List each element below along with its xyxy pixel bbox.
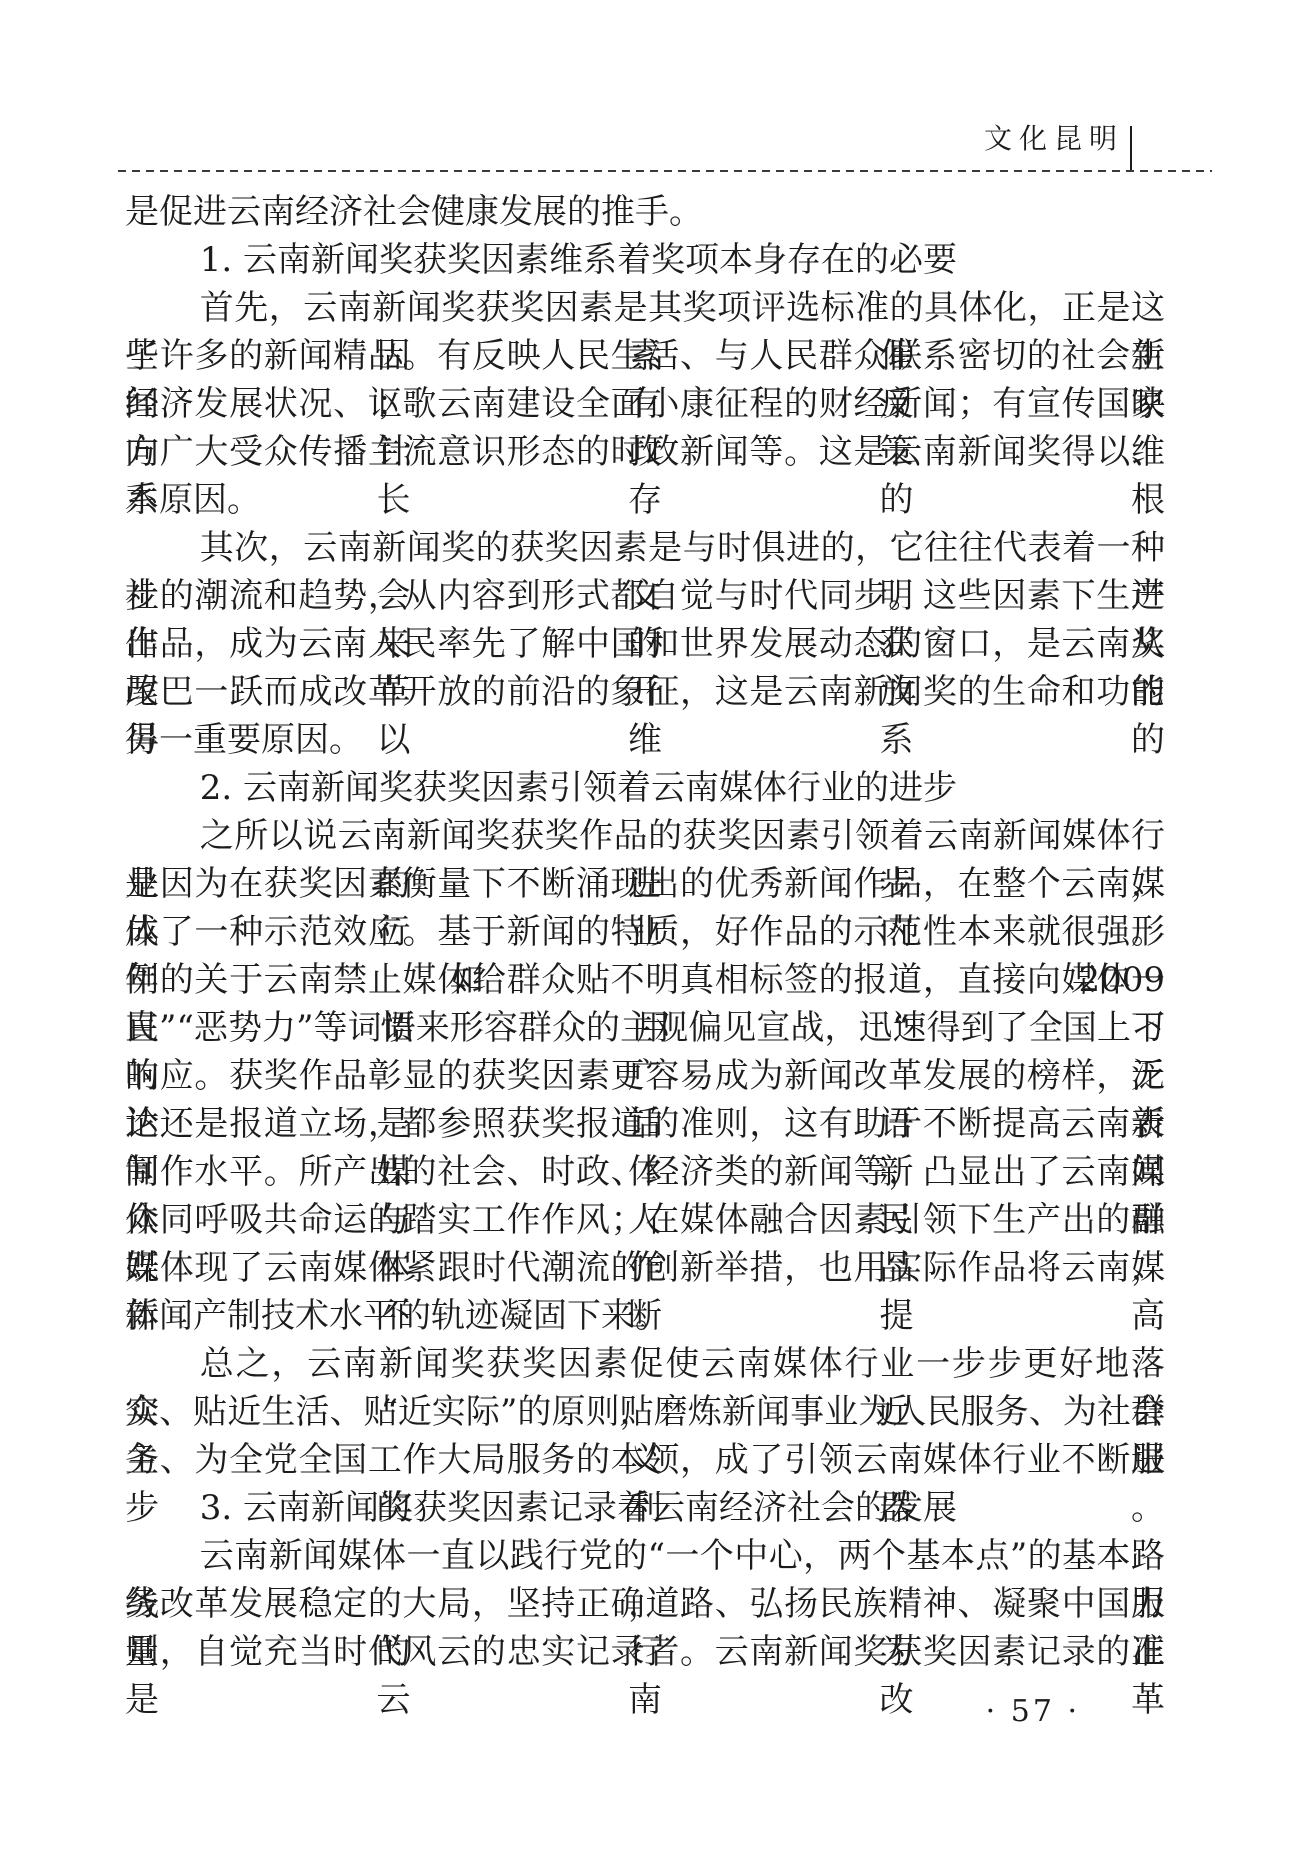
page-number: · 57 · bbox=[986, 1692, 1080, 1732]
text-line: 则，自觉充当时代风云的忠实记录者。云南新闻奖获奖因素记录的正是云南改革 bbox=[125, 1628, 1165, 1676]
text-line: 既体现了云南媒体紧跟时代潮流的创新举措，也用实际作品将云南媒体不断提高 bbox=[125, 1244, 1165, 1292]
text-line: 制作水平。所产出的社会、时政、经济类的新闻等，凸显出了云南媒体与人民群 bbox=[125, 1148, 1165, 1196]
text-line: 达还是报道立场，都参照获奖报道的准则，这有助于不断提高云南新闻媒体新闻 bbox=[125, 1100, 1165, 1148]
text-line: 尾巴一跃而成改革开放的前沿的象征，这是云南新闻奖的生命和功能得以维系的 bbox=[125, 668, 1165, 716]
text-line: 是促进云南经济社会健康发展的推手。 bbox=[125, 188, 1165, 236]
header-dashed-rule bbox=[118, 170, 1212, 172]
section-heading: 2. 云南新闻奖获奖因素引领着云南媒体行业的进步 bbox=[125, 764, 1165, 812]
text-line: 首先，云南新闻奖获奖因素是其奖项评选标准的具体化，正是这些因素催生 bbox=[125, 284, 1165, 332]
text-line: 向广大受众传播主流意识形态的时政新闻等。这是云南新闻奖得以维系长存的根 bbox=[125, 428, 1165, 476]
running-header-title: 文化昆明 bbox=[984, 121, 1124, 157]
text-line: 经济发展状况、讴歌云南建设全面小康征程的财经新闻；有宣传国家方针政策、 bbox=[125, 380, 1165, 428]
text-line: 务改革发展稳定的大局，坚持正确道路、弘扬民族精神、凝聚中国力量的行为准 bbox=[125, 1580, 1165, 1628]
text-line: 众、贴近生活、贴近实际”的原则，磨炼新闻事业为人民服务、为社会主义服 bbox=[125, 1388, 1165, 1436]
text-line: 年的关于云南禁止媒体给群众贴不明真相标签的报道，直接向媒体一直惯用“刁 bbox=[125, 956, 1165, 1004]
text-line: 其次，云南新闻奖的获奖因素是与时俱进的，它往往代表着一种社会文明进 bbox=[125, 524, 1165, 572]
text-line: 是因为在获奖因素衡量下不断涌现出的优秀新闻作品，在整个云南媒体行业内形 bbox=[125, 860, 1165, 908]
header-vertical-divider bbox=[1130, 126, 1132, 172]
body-text-column: 是促进云南经济社会健康发展的推手。1. 云南新闻奖获奖因素维系着奖项本身存在的必… bbox=[125, 188, 1165, 1676]
text-line: 总之，云南新闻奖获奖因素促使云南媒体行业一步步更好地落实“贴近群 bbox=[125, 1340, 1165, 1388]
text-line: 之所以说云南新闻奖获奖作品的获奖因素引领着云南新闻媒体行业的进步， bbox=[125, 812, 1165, 860]
text-line: 云南新闻媒体一直以践行党的“一个中心，两个基本点”的基本路线，服 bbox=[125, 1532, 1165, 1580]
section-heading: 1. 云南新闻奖获奖因素维系着奖项本身存在的必要 bbox=[125, 236, 1165, 284]
text-line: 作品，成为云南人民率先了解中国和世界发展动态的窗口，是云南从改革开放的 bbox=[125, 620, 1165, 668]
text-line: 众同呼吸共命运的踏实工作作风；在媒体融合因素引领下生产出的融媒体作品， bbox=[125, 1196, 1165, 1244]
text-line: 成了一种示范效应。基于新闻的特质，好作品的示范性本来就很强。例如 2009 bbox=[125, 908, 1165, 956]
document-page: 文化昆明 是促进云南经济社会健康发展的推手。1. 云南新闻奖获奖因素维系着奖项本… bbox=[0, 0, 1307, 1859]
text-line: 响应。获奖作品彰显的获奖因素更容易成为新闻改革发展的榜样，无论是话语表 bbox=[125, 1052, 1165, 1100]
text-line: 步的潮流和趋势，从内容到形式都自觉与时代同步。这些因素下生产出来的获奖 bbox=[125, 572, 1165, 620]
text-line: 务、为全党全国工作大局服务的本领，成了引领云南媒体行业不断进步的利器。 bbox=[125, 1436, 1165, 1484]
text-line: 民”“恶势力”等词语来形容群众的主观偏见宣战，迅速得到了全国上下的广泛 bbox=[125, 1004, 1165, 1052]
text-line: 了许多的新闻精品。有反映人民生活、与人民群众联系密切的社会新闻；有反映 bbox=[125, 332, 1165, 380]
